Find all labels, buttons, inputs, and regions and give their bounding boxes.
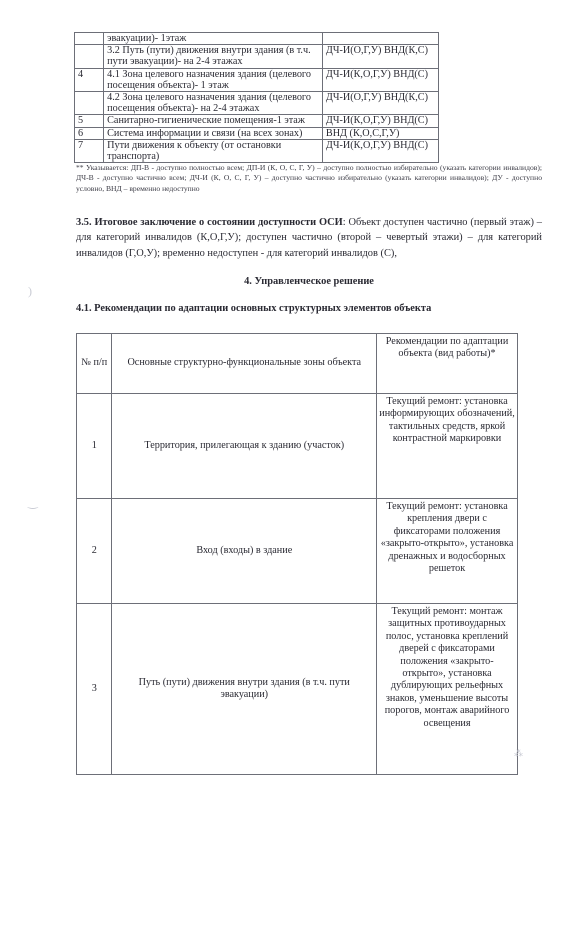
row-num: 4 xyxy=(75,68,104,91)
row-zone: 4.2 Зона целевого назначения здания (цел… xyxy=(104,92,323,115)
availability-table: эвакуации)- 1этаж3.2 Путь (пути) движени… xyxy=(74,32,439,163)
row-status: ВНД (К,О,С,Г,У) xyxy=(322,127,438,139)
table-row: 2 Вход (входы) в здание Текущий ремонт: … xyxy=(77,499,518,604)
conclusion-paragraph: 3.5. Итоговое заключение о состоянии дос… xyxy=(76,215,542,261)
row-num xyxy=(75,45,104,68)
table-row: 3.2 Путь (пути) движения внутри здания (… xyxy=(75,45,439,68)
table-row: 5Санитарно-гигиенические помещения-1 эта… xyxy=(75,115,439,127)
header-recommendation: Рекомендации по адаптации объекта (вид р… xyxy=(377,334,518,394)
scan-artifact: ) xyxy=(28,284,32,299)
scan-artifact: ‿ xyxy=(28,495,38,510)
row-recommendation: Текущий ремонт: установка крепления двер… xyxy=(377,499,518,604)
row-zone: 3.2 Путь (пути) движения внутри здания (… xyxy=(104,45,323,68)
table-row: 3 Путь (пути) движения внутри здания (в … xyxy=(77,604,518,775)
subsection-title: 4.1. Рекомендации по адаптации основных … xyxy=(76,303,542,314)
row-status: ДЧ-И(К,О,Г,У) ВНД(С) xyxy=(322,115,438,127)
row-num: 3 xyxy=(77,604,112,775)
table-row: 7Пути движения к объекту (от остановки т… xyxy=(75,139,439,162)
scan-artifact: ⁂ xyxy=(514,748,523,759)
row-status xyxy=(322,33,438,45)
row-num: 5 xyxy=(75,115,104,127)
row-num xyxy=(75,92,104,115)
row-num xyxy=(75,33,104,45)
table-row: эвакуации)- 1этаж xyxy=(75,33,439,45)
header-zone: Основные структурно-функциональные зоны … xyxy=(112,334,377,394)
row-num: 2 xyxy=(77,499,112,604)
row-recommendation: Текущий ремонт: установка информирующих … xyxy=(377,394,518,499)
table-row: 44.1 Зона целевого назначения здания (це… xyxy=(75,68,439,91)
row-zone: Санитарно-гигиенические помещения-1 этаж xyxy=(104,115,323,127)
row-zone: эвакуации)- 1этаж xyxy=(104,33,323,45)
row-zone: Пути движения к объекту (от остановки тр… xyxy=(104,139,323,162)
row-zone: 4.1 Зона целевого назначения здания (цел… xyxy=(104,68,323,91)
section-title: 4. Управленческое решение xyxy=(76,276,542,287)
row-status: ДЧ-И(О,Г,У) ВНД(К,С) xyxy=(322,45,438,68)
row-num: 6 xyxy=(75,127,104,139)
row-zone: Система информации и связи (на всех зона… xyxy=(104,127,323,139)
row-zone: Путь (пути) движения внутри здания (в т.… xyxy=(112,604,377,775)
recommendations-table: № п/п Основные структурно-функциональные… xyxy=(76,333,518,775)
footnote: ** Указывается: ДП-В - доступно полность… xyxy=(76,163,542,194)
row-num: 1 xyxy=(77,394,112,499)
row-recommendation: Текущий ремонт: монтаж защитных противоу… xyxy=(377,604,518,775)
row-status: ДЧ-И(К,О,Г,У) ВНД(С) xyxy=(322,139,438,162)
table-row: 6Система информации и связи (на всех зон… xyxy=(75,127,439,139)
table-row: 1 Территория, прилегающая к зданию (учас… xyxy=(77,394,518,499)
table-header-row: № п/п Основные структурно-функциональные… xyxy=(77,334,518,394)
row-num: 7 xyxy=(75,139,104,162)
conclusion-label: 3.5. Итоговое заключение о состоянии дос… xyxy=(76,217,343,228)
header-num: № п/п xyxy=(77,334,112,394)
row-status: ДЧ-И(О,Г,У) ВНД(К,С) xyxy=(322,92,438,115)
row-zone: Территория, прилегающая к зданию (участо… xyxy=(112,394,377,499)
row-status: ДЧ-И(К,О,Г,У) ВНД(С) xyxy=(322,68,438,91)
row-zone: Вход (входы) в здание xyxy=(112,499,377,604)
table-row: 4.2 Зона целевого назначения здания (цел… xyxy=(75,92,439,115)
